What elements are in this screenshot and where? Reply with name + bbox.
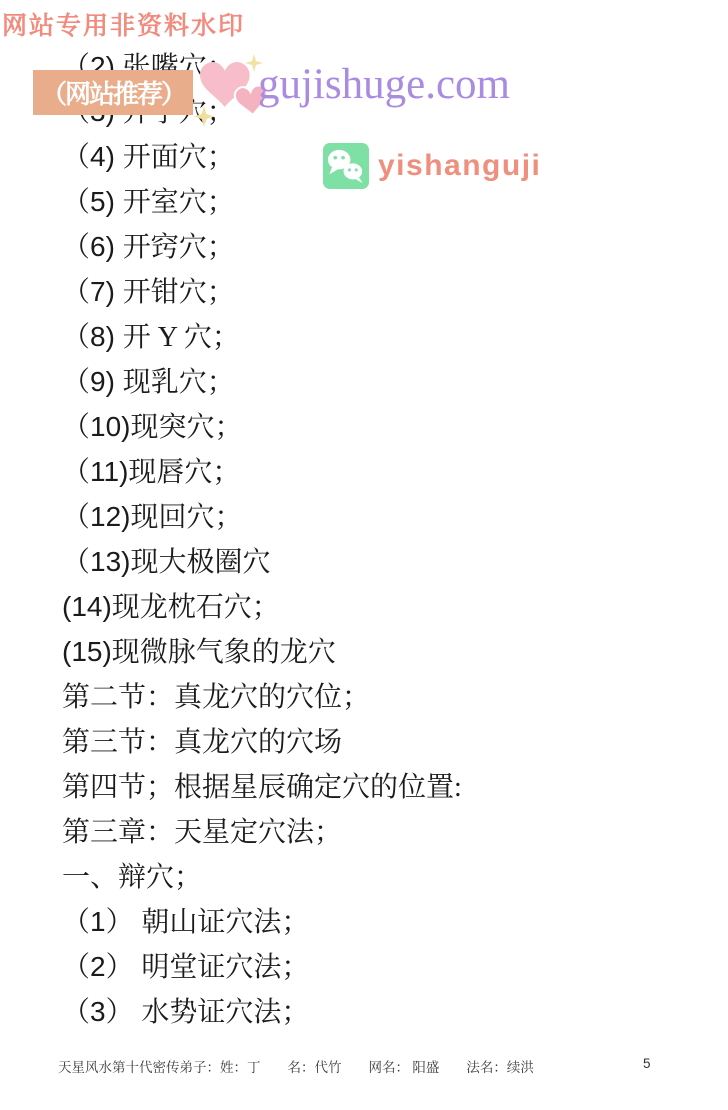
toc-line-number: （11) [62,456,128,487]
toc-line-text: 朝山证穴法； [141,907,309,938]
toc-line-text: 现微脉气象的龙穴 [112,637,336,668]
toc-line: （9) 现乳穴； [0,359,728,404]
toc-line-text: 第四节；根据星辰确定穴的位置: [62,772,462,803]
toc-line-text: 现大极圈穴 [130,547,270,578]
toc-line: （12)现回穴； [0,494,728,539]
toc-line-text: 开窍穴； [123,232,235,263]
toc-line: （7) 开钳穴； [0,269,728,314]
toc-line-number: （12) [62,501,130,532]
wechat-account-name: yishanguji [378,149,541,183]
site-recommend-banner: （网站推荐） [33,70,193,115]
toc-line-number: （6) [62,231,123,262]
sparkle-icon [194,106,214,127]
toc-line-text: 开钳穴； [123,277,235,308]
toc-line-text: 现回穴； [130,502,242,533]
toc-line-number: （7) [62,276,123,307]
toc-line: （13)现大极圈穴 [0,539,728,584]
toc-line-text: 现龙枕石穴； [112,592,280,623]
toc-line: （6) 开窍穴； [0,224,728,269]
page-number: 5 [643,1056,651,1071]
toc-line: （8) 开 Y 穴； [0,314,728,359]
toc-line: (15)现微脉气象的龙穴 [0,629,728,674]
toc-line: 第三节：真龙穴的穴场 [0,719,728,764]
toc-line-number: （4) [62,141,123,172]
toc-line-text: 开 Y 穴； [123,322,240,353]
toc-line: (14)现龙枕石穴； [0,584,728,629]
toc-line: 一、辩穴； [0,854,728,899]
toc-line: （2） 明堂证穴法； [0,944,728,989]
toc-line-number: （3） [62,996,141,1027]
toc-line-number: （8) [62,321,123,352]
toc-line: 第二节：真龙穴的穴位； [0,674,728,719]
document-page: 网站专用非资料水印 （网站推荐） gujishuge.com [0,0,728,1110]
toc-list: （2) 张嘴穴；（3) 开手穴；（4) 开面穴；（5) 开室穴；（6) 开窍穴；… [0,44,728,1034]
watermark-top-text: 网站专用非资料水印 [2,6,245,42]
toc-line: 第三章：天星定穴法； [0,809,728,854]
site-recommend-label: （网站推荐） [41,74,185,111]
toc-line: （11)现唇穴； [0,449,728,494]
toc-line-number: (15) [62,636,112,667]
toc-line-number: （9) [62,366,123,397]
toc-line-text: 开室穴； [123,187,235,218]
toc-line-number: （1） [62,906,141,937]
site-domain-watermark: gujishuge.com [258,60,510,110]
page-footer: 天星风水第十代密传弟子：姓：丁名：代竹网名： 阳盛法名：续洪 5 [0,1056,728,1086]
toc-line-number: （10) [62,411,130,442]
wechat-watermark: yishanguji [323,143,541,189]
toc-line: （10)现突穴； [0,404,728,449]
toc-line-text: 水势证穴法； [141,997,309,1028]
toc-line-text: 第三节：真龙穴的穴场 [62,727,342,758]
toc-line-text: 现突穴； [130,412,242,443]
toc-line-text: 现乳穴； [123,367,235,398]
toc-line-text: 第二节：真龙穴的穴位； [62,682,370,713]
toc-line: （1） 朝山证穴法； [0,899,728,944]
toc-line-number: (14) [62,591,112,622]
toc-line-number: （5) [62,186,123,217]
toc-line-text: 开面穴； [123,142,235,173]
toc-line-text: 明堂证穴法； [141,952,309,983]
footer-credit-segment: 法名：续洪 [466,1056,534,1076]
toc-line-number: （13) [62,546,130,577]
toc-line-text: 一、辩穴； [62,862,202,893]
toc-line-text: 第三章：天星定穴法； [62,817,342,848]
footer-credit: 天星风水第十代密传弟子：姓：丁名：代竹网名： 阳盛法名：续洪 [58,1056,534,1076]
toc-line: 第四节；根据星辰确定穴的位置: [0,764,728,809]
wechat-icon [323,143,369,189]
toc-line: （3） 水势证穴法； [0,989,728,1034]
toc-line-number: （2） [62,951,141,982]
footer-credit-segment: 天星风水第十代密传弟子：姓：丁 [58,1056,261,1076]
footer-credit-segment: 网名： 阳盛 [369,1056,440,1076]
toc-line-text: 现唇穴； [128,457,240,488]
footer-credit-segment: 名：代竹 [288,1056,342,1076]
